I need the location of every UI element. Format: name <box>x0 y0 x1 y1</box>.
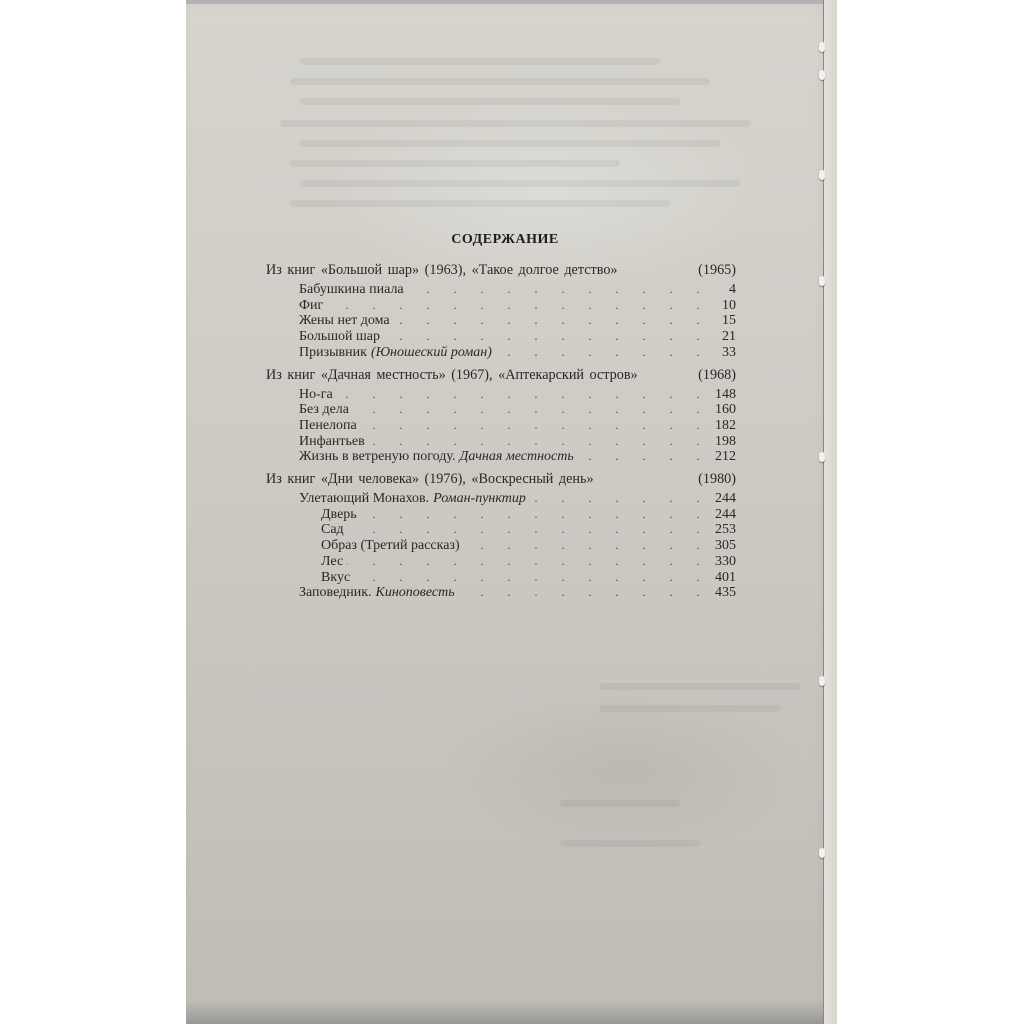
section-heading-text: Из книг «Большой шар» (1963), «Такое дол… <box>266 262 618 279</box>
binding-edge <box>824 0 837 1024</box>
entry-title: Бабушкина пиала <box>299 282 404 298</box>
entry-page-number: 15 <box>714 313 736 329</box>
section-heading-year: (1968) <box>698 367 736 384</box>
binding-stitch <box>819 42 825 52</box>
dot-leader: . . . . . . . . . . . . . . . . . . . . … <box>337 387 710 403</box>
dot-leader: . . . . . . . . . . . . . . . . . . . . … <box>348 522 710 538</box>
section-heading-text: Из книг «Дни человека» (1976), «Воскресн… <box>266 471 594 488</box>
toc-entry[interactable]: Заповедник.Киноповесть . . . . . . . . .… <box>266 585 736 601</box>
entry-page-number: 148 <box>714 387 736 403</box>
entry-subtitle: Роман-пунктир <box>433 491 526 507</box>
section-heading-year: (1980) <box>698 471 736 488</box>
entry-title: Жизнь в ветреную погоду. <box>299 449 455 465</box>
entry-title: Но-га <box>299 387 333 403</box>
entry-title: Дверь <box>321 507 357 523</box>
toc-entry[interactable]: Но-га . . . . . . . . . . . . . . . . . … <box>266 387 736 403</box>
page-top-edge <box>186 0 837 4</box>
entry-page-number: 160 <box>714 402 736 418</box>
toc-entry[interactable]: Пенелопа . . . . . . . . . . . . . . . .… <box>266 418 736 434</box>
entry-title: Образ (Третий рассказ) <box>321 538 460 554</box>
dot-leader: . . . . . . . . . . . . . . . . . . . . … <box>354 570 710 586</box>
dot-leader: . . . . . . . . . . . . . . . . . . . . … <box>459 585 710 601</box>
toc-section: Из книг «Дни человека» (1976), «Воскресн… <box>266 471 736 601</box>
section-heading: Из книг «Дни человека» (1976), «Воскресн… <box>266 471 736 488</box>
entry-page-number: 4 <box>714 282 736 298</box>
toc-entry[interactable]: Лес . . . . . . . . . . . . . . . . . . … <box>266 554 736 570</box>
entry-title: Сад <box>321 522 344 538</box>
binding-stitch <box>819 676 825 686</box>
dot-leader: . . . . . . . . . . . . . . . . . . . . … <box>384 329 710 345</box>
entry-title: Большой шар <box>299 329 380 345</box>
toc-entry[interactable]: Большой шар . . . . . . . . . . . . . . … <box>266 329 736 345</box>
section-heading-text: Из книг «Дачная местность» (1967), «Апте… <box>266 367 638 384</box>
dot-leader: . . . . . . . . . . . . . . . . . . . . … <box>464 538 710 554</box>
entry-page-number: 198 <box>714 434 736 450</box>
dot-leader: . . . . . . . . . . . . . . . . . . . . … <box>327 298 710 314</box>
entry-title: Фиг <box>299 298 323 314</box>
dot-leader: . . . . . . . . . . . . . . . . . . . . … <box>353 402 710 418</box>
toc-entry[interactable]: Сад . . . . . . . . . . . . . . . . . . … <box>266 522 736 538</box>
dot-leader: . . . . . . . . . . . . . . . . . . . . … <box>408 282 710 298</box>
entry-title: Инфантьев <box>299 434 365 450</box>
entry-page-number: 33 <box>714 345 736 361</box>
toc-entry[interactable]: Без дела . . . . . . . . . . . . . . . .… <box>266 402 736 418</box>
entry-page-number: 244 <box>714 491 736 507</box>
binding-stitch <box>819 848 825 858</box>
toc-entry[interactable]: Бабушкина пиала . . . . . . . . . . . . … <box>266 282 736 298</box>
dot-leader: . . . . . . . . . . . . . . . . . . . . … <box>496 345 710 361</box>
entry-title: Без дела <box>299 402 349 418</box>
entry-page-number: 401 <box>714 570 736 586</box>
entry-title: Жены нет дома <box>299 313 390 329</box>
entry-page-number: 253 <box>714 522 736 538</box>
toc-entry[interactable]: Фиг . . . . . . . . . . . . . . . . . . … <box>266 298 736 314</box>
dot-leader: . . . . . . . . . . . . . . . . . . . . … <box>347 554 710 570</box>
table-of-contents: СОДЕРЖАНИЕ Из книг «Большой шар» (1963),… <box>266 232 736 607</box>
entry-page-number: 244 <box>714 507 736 523</box>
toc-sections: Из книг «Большой шар» (1963), «Такое дол… <box>266 262 736 601</box>
entry-page-number: 330 <box>714 554 736 570</box>
binding-stitch <box>819 452 825 462</box>
page-bottom-shadow <box>186 1000 837 1024</box>
entry-subtitle: (Юношеский роман) <box>371 345 492 361</box>
entry-page-number: 21 <box>714 329 736 345</box>
toc-entry[interactable]: Призывник(Юношеский роман) . . . . . . .… <box>266 345 736 361</box>
entry-page-number: 305 <box>714 538 736 554</box>
entry-page-number: 435 <box>714 585 736 601</box>
section-heading: Из книг «Большой шар» (1963), «Такое дол… <box>266 262 736 279</box>
entry-title: Заповедник. <box>299 585 372 601</box>
binding-stitch <box>819 276 825 286</box>
section-heading-year: (1965) <box>698 262 736 279</box>
toc-section: Из книг «Дачная местность» (1967), «Апте… <box>266 367 736 466</box>
dot-leader: . . . . . . . . . . . . . . . . . . . . … <box>361 418 710 434</box>
toc-entry[interactable]: Образ (Третий рассказ) . . . . . . . . .… <box>266 538 736 554</box>
dot-leader: . . . . . . . . . . . . . . . . . . . . … <box>578 449 710 465</box>
entry-page-number: 10 <box>714 298 736 314</box>
dot-leader: . . . . . . . . . . . . . . . . . . . . … <box>361 507 710 523</box>
entry-subtitle: Дачная местность <box>459 449 573 465</box>
binding-stitch <box>819 70 825 80</box>
toc-title: СОДЕРЖАНИЕ <box>274 232 736 248</box>
entry-page-number: 182 <box>714 418 736 434</box>
dot-leader: . . . . . . . . . . . . . . . . . . . . … <box>394 313 710 329</box>
toc-entry[interactable]: Вкус . . . . . . . . . . . . . . . . . .… <box>266 570 736 586</box>
dot-leader: . . . . . . . . . . . . . . . . . . . . … <box>369 434 710 450</box>
entry-subtitle: Киноповесть <box>376 585 455 601</box>
entry-title: Улетающий Монахов. <box>299 491 429 507</box>
entry-title: Пенелопа <box>299 418 357 434</box>
toc-entry[interactable]: Улетающий Монахов.Роман-пунктир . . . . … <box>266 491 736 507</box>
entry-title: Лес <box>321 554 343 570</box>
binding-stitch <box>819 170 825 180</box>
binding-fold-line <box>823 0 824 1024</box>
entry-page-number: 212 <box>714 449 736 465</box>
entry-title: Призывник <box>299 345 367 361</box>
entry-title: Вкус <box>321 570 350 586</box>
section-heading: Из книг «Дачная местность» (1967), «Апте… <box>266 367 736 384</box>
dot-leader: . . . . . . . . . . . . . . . . . . . . … <box>530 491 710 507</box>
toc-entry[interactable]: Жены нет дома . . . . . . . . . . . . . … <box>266 313 736 329</box>
toc-entry[interactable]: Инфантьев . . . . . . . . . . . . . . . … <box>266 434 736 450</box>
toc-section: Из книг «Большой шар» (1963), «Такое дол… <box>266 262 736 361</box>
toc-entry[interactable]: Дверь . . . . . . . . . . . . . . . . . … <box>266 507 736 523</box>
toc-entry[interactable]: Жизнь в ветреную погоду.Дачная местность… <box>266 449 736 465</box>
